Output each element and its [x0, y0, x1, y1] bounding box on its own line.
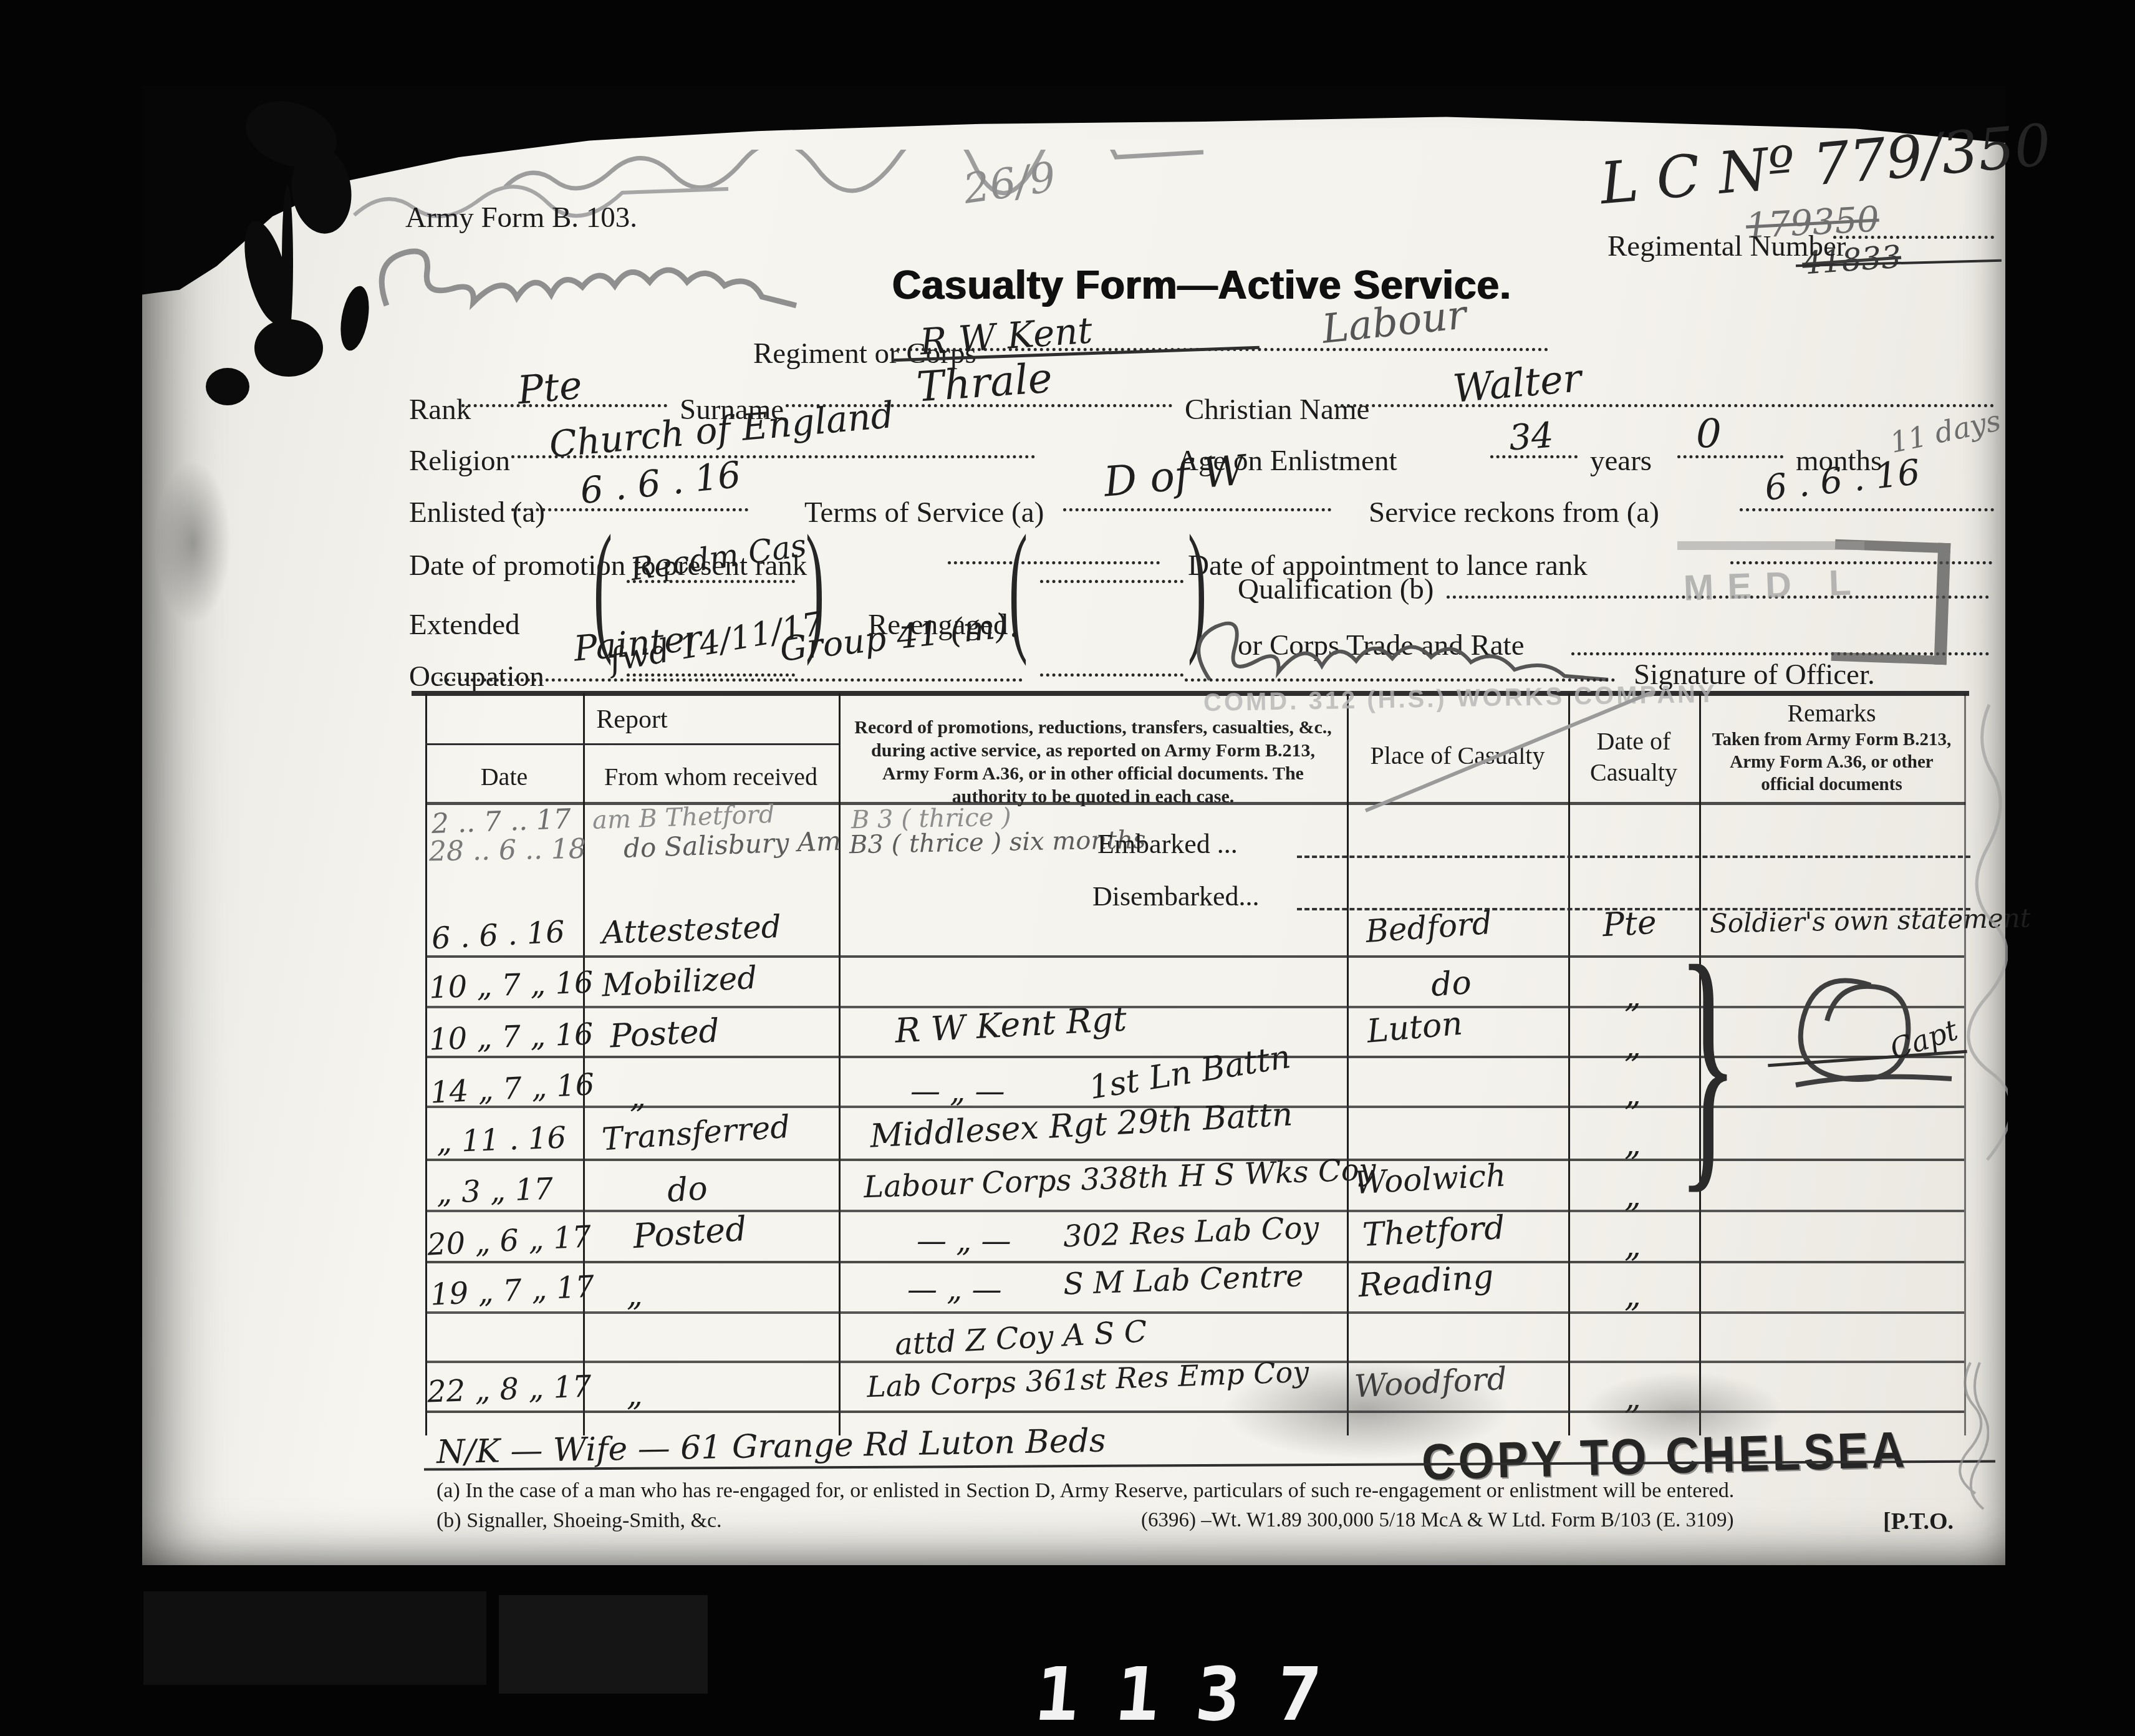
- stamp-bracket: [1831, 539, 1951, 665]
- row-date: 10 „ 7 „ 16: [428, 965, 594, 1005]
- row-from: „: [627, 1277, 643, 1313]
- dotted-line: [1740, 508, 1994, 511]
- terms-label: Terms of Service (a): [804, 496, 1044, 529]
- column-line: [839, 693, 841, 1435]
- report-header: Report: [425, 705, 839, 735]
- row-record-dash: — „ —: [907, 1272, 1001, 1307]
- dotted-line: [1490, 455, 1578, 458]
- footnote-b: (b) Signaller, Shoeing-Smith, &c.: [436, 1509, 722, 1533]
- row-place: Thetford: [1362, 1209, 1506, 1254]
- dotted-line: [511, 508, 748, 511]
- row-line: [427, 1311, 1964, 1314]
- remarks-brace: }: [1677, 905, 1738, 1222]
- row-cas-date: Pte: [1601, 904, 1657, 944]
- rank-label: Rank: [409, 393, 471, 427]
- age-months-handwriting: 0: [1696, 412, 1722, 458]
- microfilm-scan: 26/9 L C Nº 779/350 179350 41833 Regimen…: [0, 0, 2135, 1736]
- regimental-number-label: Regimental Number: [1607, 229, 1846, 263]
- row-cas-date: „: [1624, 1028, 1641, 1065]
- row-date: „ 11 . 16: [436, 1120, 567, 1159]
- row-place: do: [1430, 964, 1473, 1004]
- film-artifact: [143, 1591, 486, 1685]
- margin-pencil-scrawl: [1964, 698, 2008, 1172]
- dotted-line: [1677, 455, 1783, 458]
- row-cas-date: „: [1624, 1126, 1641, 1163]
- remarks-header: Remarks: [1699, 698, 1964, 728]
- christian-name-label: Christian Name: [1185, 393, 1369, 427]
- extended-label: Extended: [409, 608, 520, 642]
- row-from: Posted: [609, 1012, 721, 1055]
- column-line: [583, 693, 585, 1435]
- dotted-line: [1040, 580, 1183, 583]
- row-from: „: [630, 1079, 646, 1115]
- row-cas-date: „: [1624, 1277, 1641, 1314]
- row-cas-date: „: [1624, 1076, 1641, 1113]
- row-cas-date: „: [1624, 1227, 1641, 1265]
- frame-counter: 1137: [1031, 1651, 1361, 1736]
- embarked-label: Embarked ...: [1097, 828, 1238, 860]
- dotted-line: [1334, 404, 1994, 407]
- ruled-line: [1297, 856, 1970, 858]
- ink-blot: [254, 319, 323, 377]
- report-divider: [425, 743, 839, 745]
- pto-label: [P.T.O.: [1883, 1508, 1954, 1535]
- dotted-line: [1185, 678, 1615, 682]
- row-record-dash: — „ —: [917, 1223, 1011, 1258]
- smudge: [156, 461, 231, 624]
- dotted-line: [627, 673, 795, 677]
- disembarked-label: Disembarked...: [1092, 880, 1260, 912]
- dotted-line: [1833, 236, 1994, 239]
- row-date: 10 „ 7 „ 16: [428, 1016, 594, 1057]
- ink-drip: [282, 185, 293, 340]
- pencil-scrawl-large: [368, 231, 817, 324]
- row-from: do: [666, 1170, 709, 1210]
- pencil-diagonal-line: [1359, 686, 1659, 817]
- dotted-line: [440, 678, 1023, 682]
- row-record-dash: — „ —: [910, 1074, 1005, 1109]
- row-from: „: [627, 1377, 643, 1413]
- religion-label: Religion: [409, 444, 510, 478]
- dotted-line: [511, 455, 1035, 458]
- enlisted-label: Enlisted (a): [409, 496, 545, 529]
- column-line: [1347, 693, 1349, 1435]
- remarks-subheader: Taken from Army Form B.213, Army Form A.…: [1712, 728, 1952, 796]
- qualification-label: Qualification (b): [1238, 572, 1434, 606]
- row-cas-date: „: [1624, 1177, 1641, 1215]
- reckons-label: Service reckons from (a): [1369, 496, 1659, 529]
- record-column-header: Record of promotions, reductions, transf…: [853, 716, 1333, 808]
- surname-handwriting: Thrale: [915, 354, 1054, 412]
- footnote-a: (a) In the case of a man who has re-enga…: [436, 1479, 1734, 1503]
- smudge-line: [1677, 541, 1864, 550]
- row-date: 22 „ 8 „ 17: [427, 1369, 592, 1409]
- date-column-header: Date: [425, 762, 583, 791]
- margin-pencil-scrawl: [1952, 1359, 1989, 1521]
- row-date: „ 3 „ 17: [436, 1172, 554, 1210]
- brace-open: (: [1009, 504, 1028, 671]
- row-cas-date: „: [1624, 978, 1641, 1015]
- row-date: 28 .. 6 .. 18: [429, 833, 587, 867]
- from-column-header: From whom received: [583, 762, 839, 791]
- occupation-label: Occupation: [409, 660, 544, 693]
- table-top-border: [412, 691, 1969, 696]
- row-date: 6 . 6 . 16: [431, 914, 566, 956]
- row-from: Posted: [632, 1209, 748, 1256]
- print-line: (6396) –Wt. W1.89 300,000 5/18 McA & W L…: [1141, 1509, 1734, 1532]
- years-label: years: [1590, 444, 1652, 478]
- column-line: [425, 693, 427, 1435]
- film-artifact: [499, 1595, 708, 1694]
- age-years-handwriting: 34: [1508, 415, 1555, 459]
- dotted-line: [1040, 673, 1183, 677]
- army-form-number: Army Form B. 103.: [405, 201, 637, 234]
- ink-blot: [206, 368, 249, 405]
- dotted-line: [948, 561, 1160, 564]
- row-from: Attestested: [601, 909, 782, 951]
- dotted-line: [461, 404, 667, 407]
